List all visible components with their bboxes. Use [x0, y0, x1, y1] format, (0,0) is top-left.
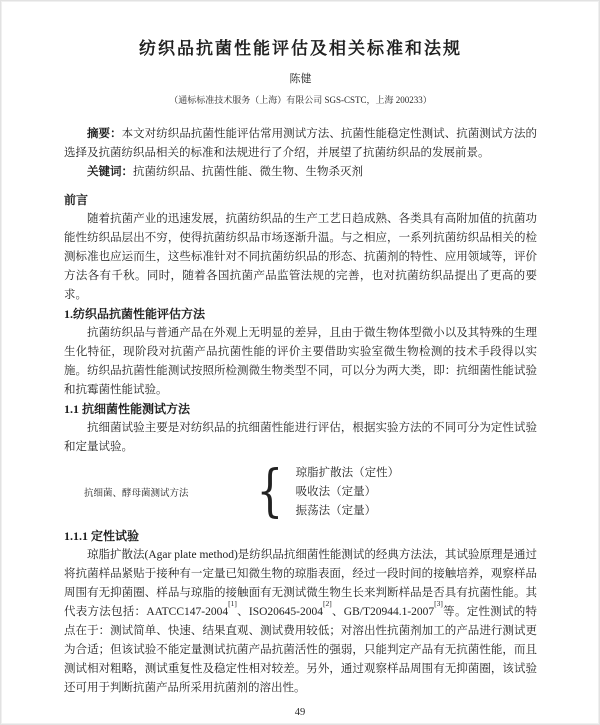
keywords-text: 抗菌纺织品、抗菌性能、微生物、生物杀灭剂 [133, 166, 363, 178]
abstract-paragraph: 摘要：本文对纺织品抗菌性能评估常用测试方法、抗菌性能稳定性测试、抗菌测试方法的选… [64, 125, 537, 163]
diagram-item-shake: 振荡法（定量） [296, 502, 400, 521]
page-title: 纺织品抗菌性能评估及相关标准和法规 [64, 37, 537, 61]
test-methods-brace-diagram: 抗细菌、酵母菌测试方法 { 琼脂扩散法（定性） 吸收法（定量） 振荡法（定量） [84, 460, 537, 524]
left-brace-icon: { [256, 462, 283, 522]
section-heading-1-1-1: 1.1.1 定性试验 [64, 527, 537, 546]
section-heading-1-1: 1.1 抗细菌性能测试方法 [64, 400, 537, 419]
abstract-text: 本文对纺织品抗菌性能评估常用测试方法、抗菌性能稳定性测试、抗菌测试方法的选择及抗… [64, 128, 537, 159]
diagram-item-absorption: 吸收法（定量） [296, 483, 400, 502]
section-heading-1: 1.纺织品抗菌性能评估方法 [64, 305, 537, 324]
keywords-label: 关键词： [87, 166, 133, 178]
section-1-1-1-paragraph: 琼脂扩散法(Agar plate method)是纺织品抗细菌性能测试的经典方法… [64, 546, 537, 698]
author-name: 陈健 [64, 71, 537, 87]
diagram-item-agar: 琼脂扩散法（定性） [296, 464, 400, 483]
abstract-block: 摘要：本文对纺织品抗菌性能评估常用测试方法、抗菌性能稳定性测试、抗菌测试方法的选… [64, 125, 537, 182]
foreword-paragraph: 随着抗菌产业的迅速发展，抗菌纺织品的生产工艺日趋成熟、各类具有高附加值的抗菌功能… [64, 210, 537, 305]
paper-page: 纺织品抗菌性能评估及相关标准和法规 陈健 （通标标准技术服务（上海）有限公司 S… [0, 0, 600, 725]
page-number: 49 [1, 707, 599, 718]
section-1-1-paragraph: 抗细菌试验主要是对纺织品的抗细菌性能进行评估，根据实验方法的不同可分为定性试验和… [64, 419, 537, 457]
diagram-item-list: 琼脂扩散法（定性） 吸收法（定量） 振荡法（定量） [296, 464, 400, 521]
author-affiliation: （通标标准技术服务（上海）有限公司 SGS-CSTC，上海 200233） [64, 94, 537, 107]
section-heading-foreword: 前言 [64, 191, 537, 210]
section-1-paragraph: 抗菌纺织品与普通产品在外观上无明显的差异，且由于微生物体型微小以及其特殊的生理生… [64, 324, 537, 400]
diagram-label: 抗细菌、酵母菌测试方法 [84, 485, 252, 499]
keywords-paragraph: 关键词：抗菌纺织品、抗菌性能、微生物、生物杀灭剂 [64, 163, 537, 182]
abstract-label: 摘要： [87, 128, 122, 140]
